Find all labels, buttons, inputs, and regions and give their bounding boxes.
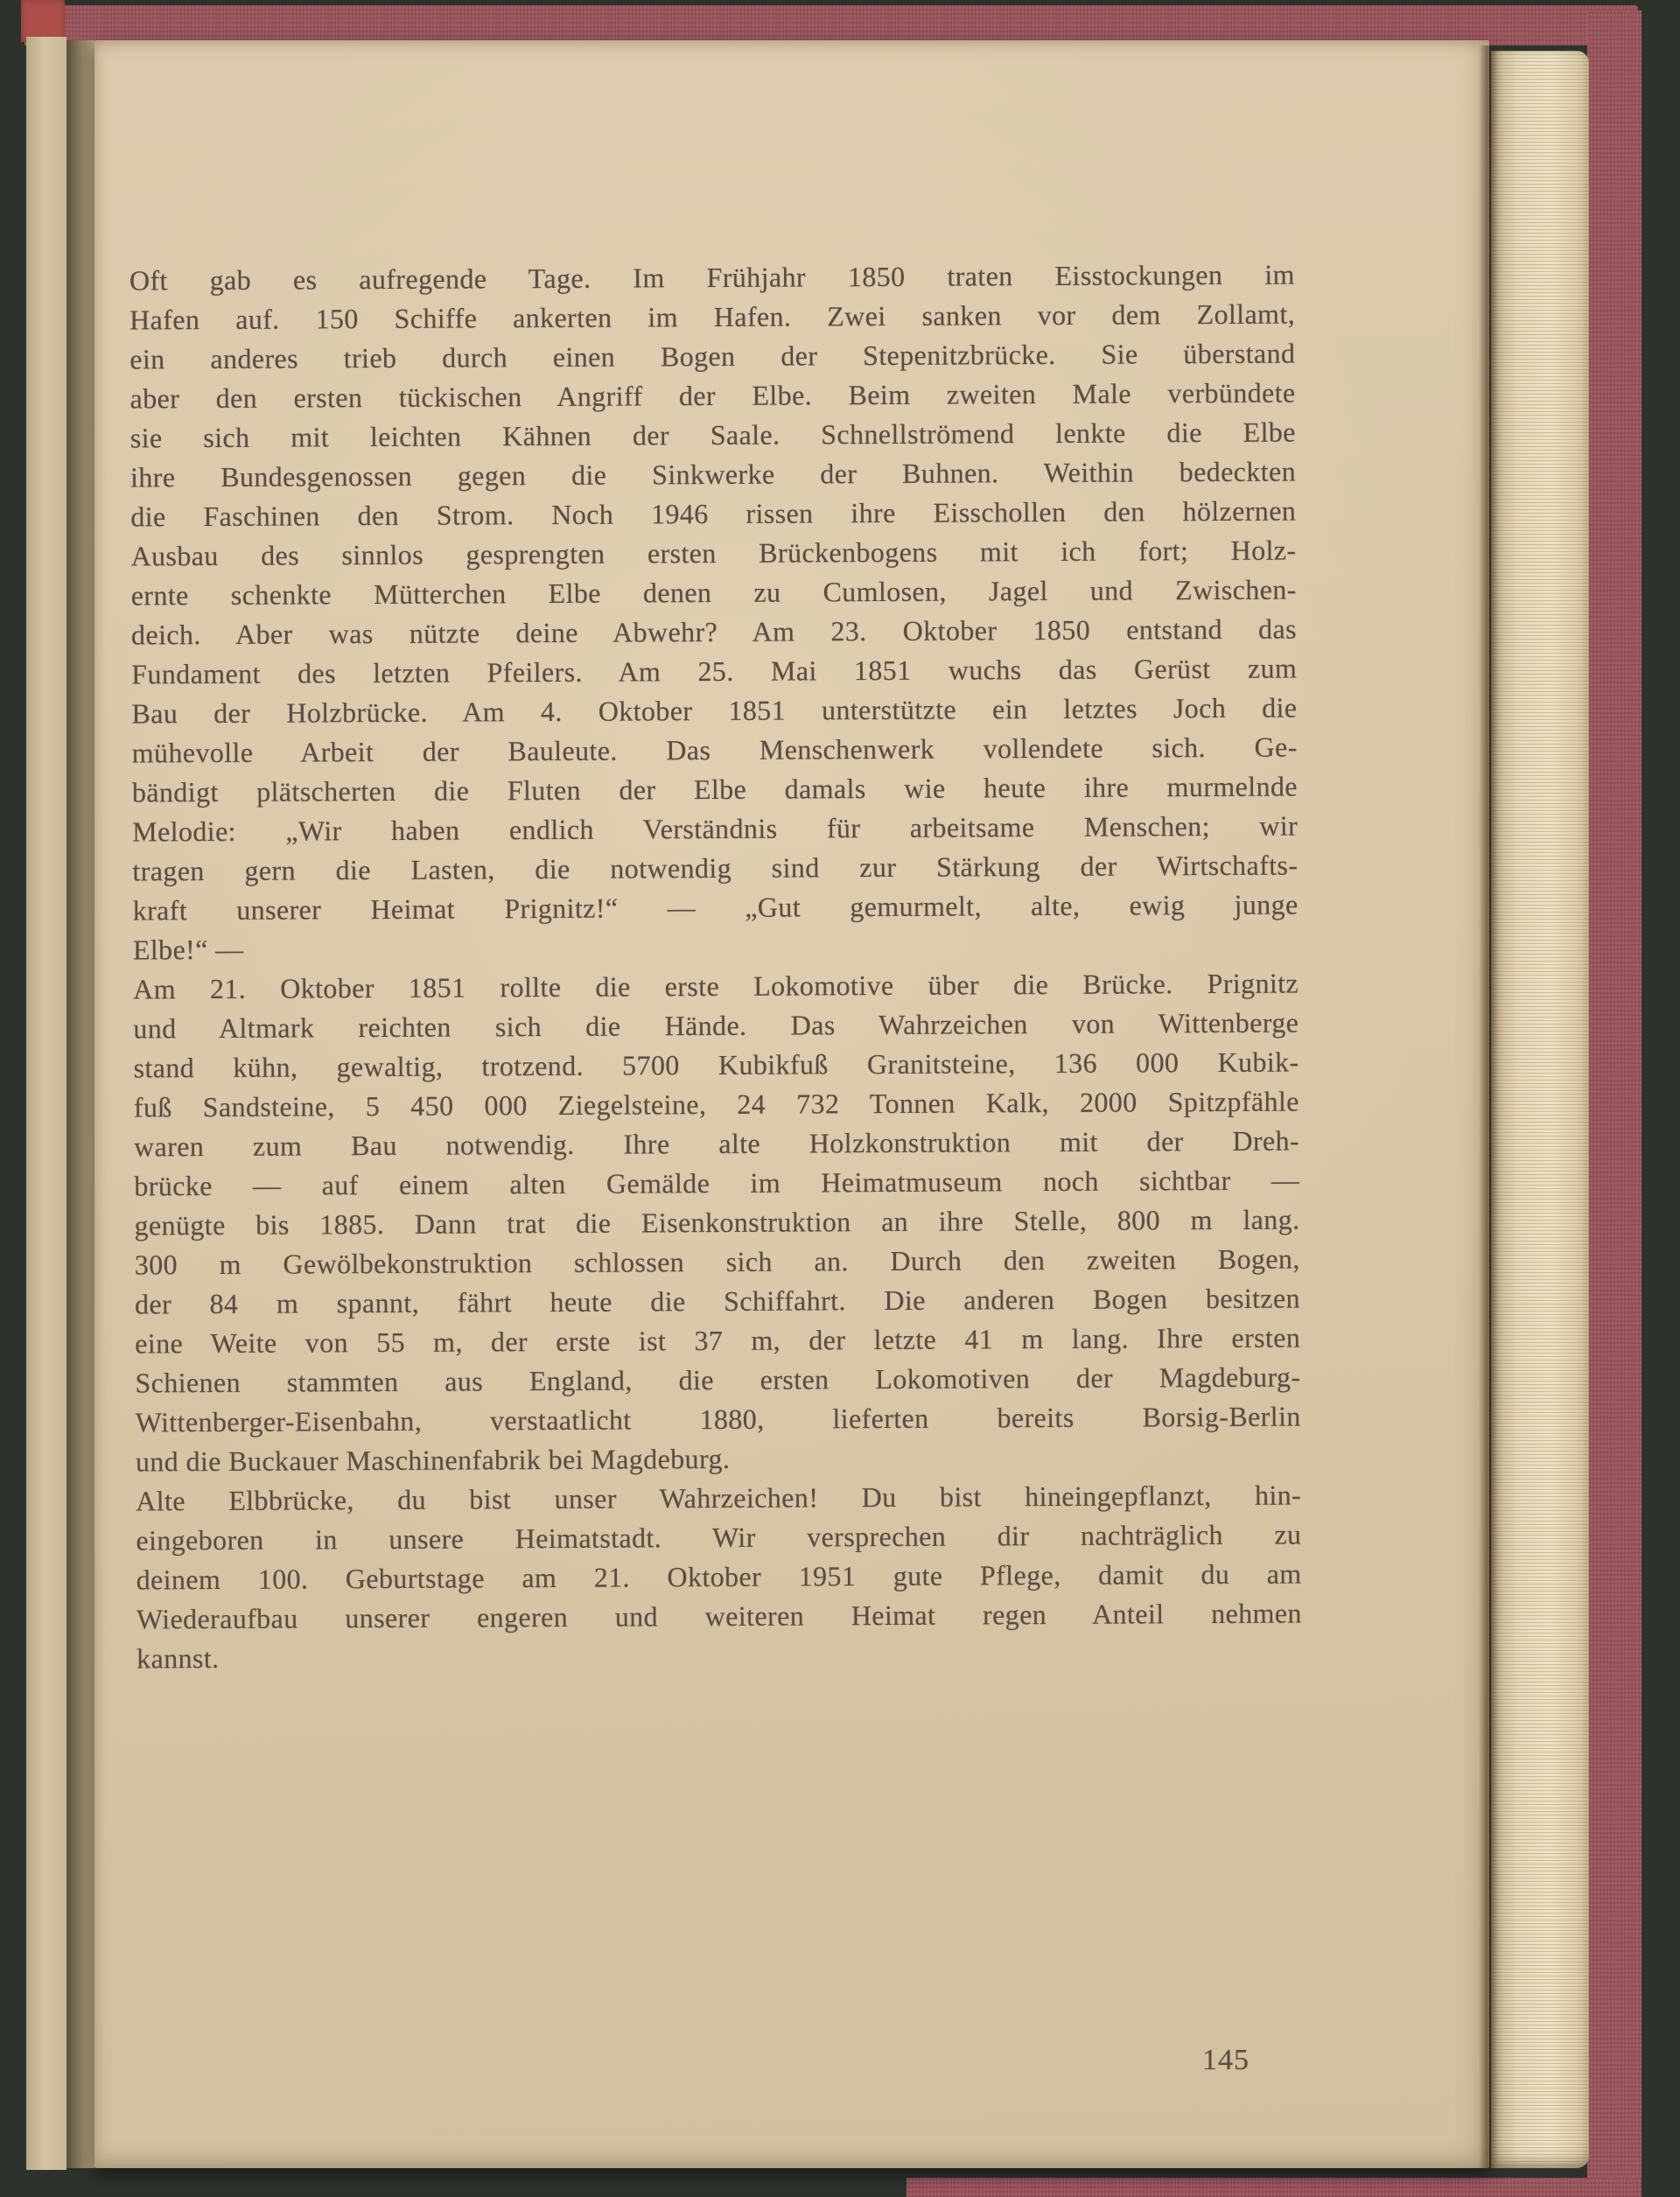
text-line: der 84 m spannt, fährt heute die Schiffa… bbox=[135, 1279, 1300, 1325]
text-line: deinem 100. Geburtstage am 21. Oktober 1… bbox=[136, 1555, 1302, 1600]
text-line: mühevolle Arbeit der Bauleute. Das Mensc… bbox=[132, 728, 1298, 773]
text-line: fuß Sandsteine, 5 450 000 Ziegelsteine, … bbox=[134, 1082, 1299, 1128]
text-line: Wiederaufbau unserer engeren und weitere… bbox=[136, 1594, 1302, 1640]
text-line: ernte schenkte Mütterchen Elbe denen zu … bbox=[131, 570, 1297, 616]
text-line: 300 m Gewölbekonstruktion schlossen sich… bbox=[135, 1240, 1300, 1285]
text-line: Schienen stammten aus England, die erste… bbox=[135, 1358, 1300, 1403]
text-line: und die Buckauer Maschinenfabrik bei Mag… bbox=[136, 1437, 1301, 1482]
text-line: Melodie: „Wir haben endlich Verständnis … bbox=[132, 807, 1298, 852]
gutter-shadow bbox=[66, 40, 94, 2168]
cover-corner-chip bbox=[21, 0, 65, 42]
page-number: 145 bbox=[1202, 2044, 1249, 2077]
text-line: Ausbau des sinnlos gesprengten ersten Br… bbox=[130, 531, 1296, 577]
text-line: und Altmark reichten sich die Hände. Das… bbox=[133, 1004, 1298, 1049]
text-line: sie sich mit leichten Kähnen der Saale. … bbox=[130, 413, 1296, 458]
text-line: Oft gab es aufregende Tage. Im Frühjahr … bbox=[129, 255, 1295, 301]
book-page: Oft gab es aufregende Tage. Im Frühjahr … bbox=[94, 40, 1489, 2168]
text-block: Oft gab es aufregende Tage. Im Frühjahr … bbox=[129, 255, 1302, 1679]
text-line: Elbe!“ — bbox=[133, 925, 1298, 970]
text-line: genügte bis 1885. Dann trat die Eisenkon… bbox=[134, 1200, 1299, 1246]
text-line: eine Weite von 55 m, der erste ist 37 m,… bbox=[135, 1319, 1300, 1364]
left-page-edge bbox=[26, 37, 66, 2170]
text-line: ein anderes trieb durch einen Bogen der … bbox=[129, 334, 1295, 380]
cover-cloth-bottom bbox=[906, 2178, 1641, 2197]
text-line: kraft unserer Heimat Prignitz!“ — „Gut g… bbox=[133, 885, 1298, 931]
text-line: Hafen auf. 150 Schiffe ankerten im Hafen… bbox=[129, 295, 1295, 340]
text-line: tragen gern die Lasten, die notwendig si… bbox=[132, 846, 1298, 892]
cover-cloth-right bbox=[1587, 10, 1641, 2197]
text-line: Fundament des letzten Pfeilers. Am 25. M… bbox=[131, 649, 1297, 695]
text-line: aber den ersten tückischen Angriff der E… bbox=[129, 374, 1295, 419]
text-line: die Faschinen den Strom. Noch 1946 risse… bbox=[130, 492, 1296, 537]
text-line: bändigt plätscherten die Fluten der Elbe… bbox=[132, 767, 1298, 813]
text-line: ihre Bundesgenossen gegen die Sinkwerke … bbox=[130, 452, 1296, 498]
text-line: Am 21. Oktober 1851 rollte die erste Lok… bbox=[133, 964, 1298, 1010]
text-line: waren zum Bau notwendig. Ihre alte Holzk… bbox=[134, 1122, 1299, 1167]
paragraph: Alte Elbbrücke, du bist unser Wahrzeiche… bbox=[136, 1476, 1302, 1679]
paragraph: Am 21. Oktober 1851 rollte die erste Lok… bbox=[133, 964, 1301, 1482]
text-line: kannst. bbox=[136, 1634, 1302, 1679]
text-line: Bau der Holzbrücke. Am 4. Oktober 1851 u… bbox=[131, 689, 1297, 734]
text-line: deich. Aber was nützte deine Abwehr? Am … bbox=[131, 610, 1297, 655]
fore-edge-pages bbox=[1491, 51, 1589, 2168]
scanned-book-photo: { "page": { "number": "145", "paragraphs… bbox=[0, 0, 1680, 2197]
paragraph: Oft gab es aufregende Tage. Im Frühjahr … bbox=[129, 255, 1298, 970]
text-line: stand kühn, gewaltig, trotzend. 5700 Kub… bbox=[133, 1043, 1298, 1088]
text-line: brücke — auf einem alten Gemälde im Heim… bbox=[134, 1161, 1299, 1207]
text-line: eingeboren in unsere Heimatstadt. Wir ve… bbox=[136, 1515, 1301, 1561]
text-line: Wittenberger-Eisenbahn, verstaatlicht 18… bbox=[136, 1397, 1301, 1443]
text-line: Alte Elbbrücke, du bist unser Wahrzeiche… bbox=[136, 1476, 1301, 1522]
